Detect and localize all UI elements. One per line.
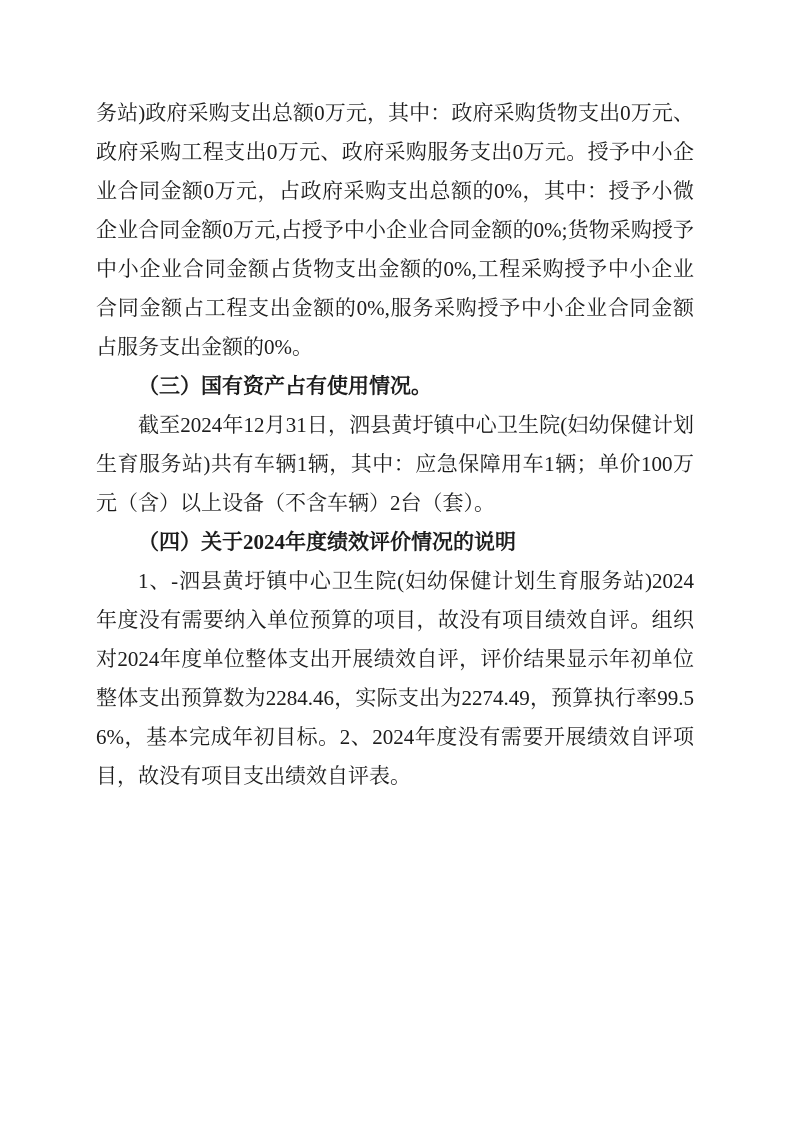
heading-section-4-performance-evaluation: （四）关于2024年度绩效评价情况的说明 [96,523,694,562]
document-page: 务站)政府采购支出总额0万元，其中：政府采购货物支出0万元、政府采购工程支出0万… [0,0,794,1122]
paragraph-performance-evaluation: 1、-泗县黄圩镇中心卫生院(妇幼保健计划生育服务站)2024年度没有需要纳入单位… [96,562,694,796]
document-content: 务站)政府采购支出总额0万元，其中：政府采购货物支出0万元、政府采购工程支出0万… [96,94,694,796]
paragraph-procurement-continuation: 务站)政府采购支出总额0万元，其中：政府采购货物支出0万元、政府采购工程支出0万… [96,94,694,367]
paragraph-state-assets: 截至2024年12月31日，泗县黄圩镇中心卫生院(妇幼保健计划生育服务站)共有车… [96,406,694,523]
heading-section-3-state-assets: （三）国有资产占有使用情况。 [96,367,694,406]
